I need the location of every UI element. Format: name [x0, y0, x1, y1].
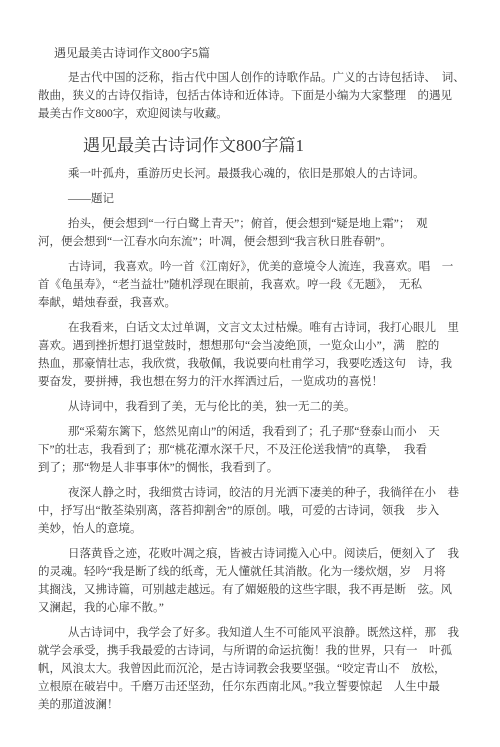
- text-line: 乘一叶孤舟，重游历史长河。最摄我心魂的，依旧是那娘人的古诗词。: [38, 165, 470, 183]
- text-line: 热血，那豪情壮志，我欣赏，我敬佩，我说要向杜甫学习，我要吃透这句 诗，我: [38, 355, 470, 373]
- text-line: 帆，风浪太大。我曾因此而沉沦，是古诗词教会我要坚强。“咬定青山不 放松，: [38, 660, 470, 678]
- paragraph: 从诗词中，我看到了美，无与伦比的美，独一无二的美。: [38, 398, 470, 416]
- text-line: 遇见最美古诗词作文800字5篇: [54, 46, 210, 60]
- text-line: 立根原在破岩中。千磨万击还坚劲，任尔东西南北风。”我立誓要惊起 人生中最: [38, 678, 470, 696]
- document-title: 遇见最美古诗词作文800字5篇: [38, 44, 470, 62]
- paragraph: 那“采菊东篱下，悠然见南山”的闲适，我看到了；孔子那“登泰山而小 天下”的壮志，…: [38, 423, 470, 477]
- text-line: 最美古作文800字，欢迎阅读与收藏。: [38, 105, 470, 123]
- paragraph: 是古代中国的泛称，指古代中国人创作的诗歌作品。广义的古诗包括诗、 词、散曲，狭义…: [38, 69, 470, 123]
- document-content: 遇见最美古诗词作文800字5篇是古代中国的泛称，指古代中国人创作的诗歌作品。广义…: [0, 0, 500, 714]
- text-line: 美妙，怡人的意境。: [38, 520, 470, 538]
- text-line: 从诗词中，我看到了美，无与伦比的美，独一无二的美。: [38, 398, 470, 416]
- text-line: 就学会承受，携手我最爱的古诗词，与所谓的命运抗衡！我的世界，只有一 叶孤: [38, 642, 470, 660]
- paragraph: 抬头，便会想到“一行白鹭上青天”；俯首，便会想到“疑是地上霜”； 观河，便会想到…: [38, 215, 470, 251]
- paragraph: 夜深人静之时，我细赏古诗词，皎洁的月光洒下凄美的种子，我徜徉在小 巷中，抒写出“…: [38, 484, 470, 538]
- text-line: 要奋发，要拼搏，我也想在努力的汗水挥洒过后，一览成功的喜悦！: [38, 373, 470, 391]
- text-line: 河，便会想到“一江春水向东流”；叶凋，便会想到“我言秋日胜春朝”。: [38, 233, 470, 251]
- text-line: 遇见最美古诗词作文800字篇1: [83, 136, 304, 155]
- text-line: 古诗词，我喜欢。吟一首《江南好》，优美的意境令人流连，我喜欢。唱 一: [38, 258, 470, 276]
- paragraph: ——题记: [38, 190, 470, 208]
- text-line: 夜深人静之时，我细赏古诗词，皎洁的月光洒下凄美的种子，我徜徉在小 巷: [38, 484, 470, 502]
- text-line: 美的那道波澜！: [38, 696, 470, 714]
- text-line: 是古代中国的泛称，指古代中国人创作的诗歌作品。广义的古诗包括诗、 词、: [38, 69, 470, 87]
- text-line: 抬头，便会想到“一行白鹭上青天”；俯首，便会想到“疑是地上霜”； 观: [38, 215, 470, 233]
- text-line: 其搁浅，又拂诗篇，可别越走越远。有了媚姬般的这些字眼，我不再是断 弦。风: [38, 581, 470, 599]
- text-line: 喜欢。遇到挫折想打退堂鼓时，想想那句“会当凌绝顶，一览众山小”，满 腔的: [38, 337, 470, 355]
- document-page: 遇见最美古诗词作文800字5篇是古代中国的泛称，指古代中国人创作的诗歌作品。广义…: [0, 0, 500, 747]
- text-line: 日落黄昏之迹，花败叶凋之痕，皆被古诗词揽入心中。阅读后，便刻入了 我: [38, 545, 470, 563]
- text-line: 在我看来，白话文太过单调，文言文太过枯燥。唯有古诗词，我打心眼儿 里: [38, 319, 470, 337]
- text-line: 首《龟虽寿》，“老当益壮”随机浮现在眼前，我喜欢。哼一段《无题》， 无私: [38, 276, 470, 294]
- section-heading: 遇见最美古诗词作文800字篇1: [38, 134, 470, 158]
- text-line: ——题记: [38, 190, 470, 208]
- paragraph: 乘一叶孤舟，重游历史长河。最摄我心魂的，依旧是那娘人的古诗词。: [38, 165, 470, 183]
- paragraph: 古诗词，我喜欢。吟一首《江南好》，优美的意境令人流连，我喜欢。唱 一首《龟虽寿》…: [38, 258, 470, 312]
- text-line: 又澜起，我的心扉不散。”: [38, 599, 470, 617]
- text-line: 下”的壮志，我看到了；那“桃花潭水深千尺，不及汪伦送我情”的真挚， 我看: [38, 441, 470, 459]
- text-line: 中，抒写出“散荃染别离，落苔抑割舍”的原创。哦，可爱的古诗词，领我 步入: [38, 502, 470, 520]
- paragraph: 在我看来，白话文太过单调，文言文太过枯燥。唯有古诗词，我打心眼儿 里喜欢。遇到挫…: [38, 319, 470, 391]
- text-line: 奉献，蜡烛春蚕，我喜欢。: [38, 294, 470, 312]
- text-line: 从古诗词中，我学会了好多。我知道人生不可能风平浪静。既然这样，那 我: [38, 624, 470, 642]
- text-line: 散曲，狭义的古诗仅指诗，包括古体诗和近体诗。下面是小编为大家整理 的遇见: [38, 87, 470, 105]
- paragraph: 日落黄昏之迹，花败叶凋之痕，皆被古诗词揽入心中。阅读后，便刻入了 我的灵魂。轻吟…: [38, 545, 470, 617]
- text-line: 那“采菊东篱下，悠然见南山”的闲适，我看到了；孔子那“登泰山而小 天: [38, 423, 470, 441]
- text-line: 的灵魂。轻吟“我是断了线的纸鸢，无人懂就任其消散。化为一缕炊烟，岁 月将: [38, 563, 470, 581]
- text-line: 到了；那“物是人非事事休”的惆怅，我看到了。: [38, 459, 470, 477]
- paragraph: 从古诗词中，我学会了好多。我知道人生不可能风平浪静。既然这样，那 我就学会承受，…: [38, 624, 470, 714]
